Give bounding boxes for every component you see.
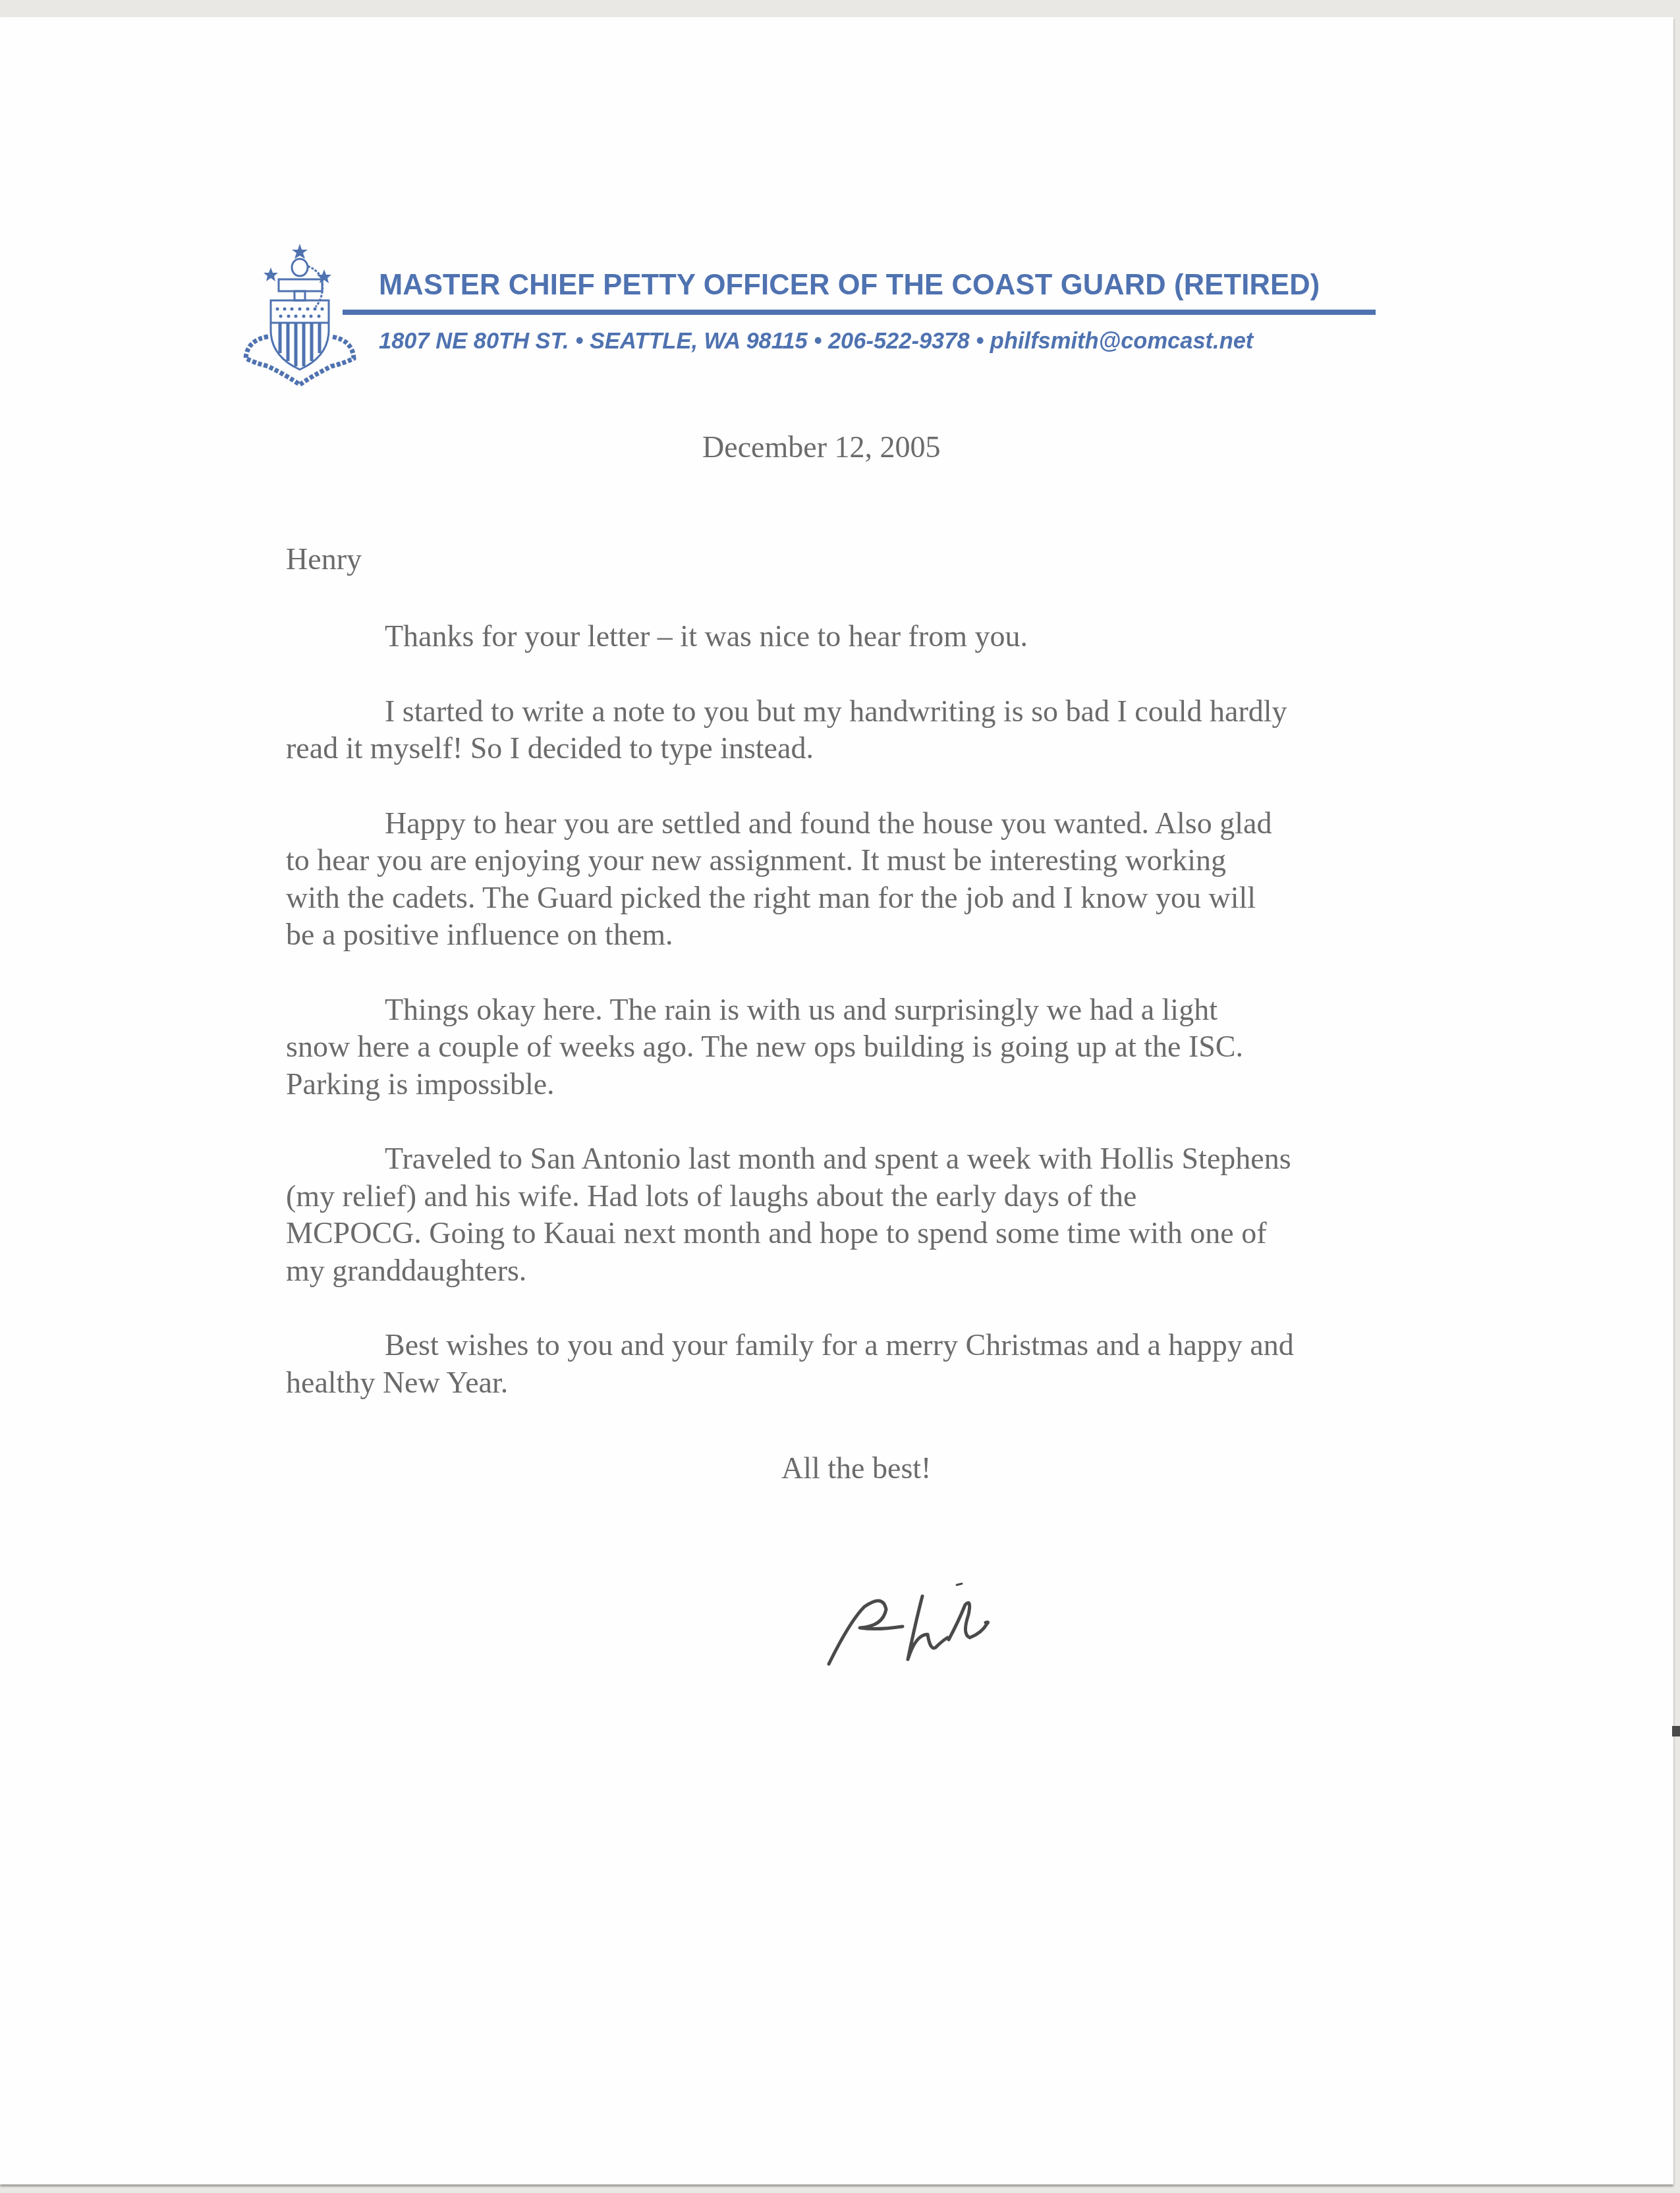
scan-edge-mark — [1672, 1726, 1680, 1736]
letter-paragraph: Traveled to San Antonio last month and s… — [286, 1140, 1399, 1289]
closing: All the best! — [781, 1450, 931, 1487]
paragraph-line: read it myself! So I decided to type ins… — [286, 730, 1399, 767]
signature: Phil — [824, 1582, 1001, 1667]
paragraph-line: with the cadets. The Guard picked the ri… — [286, 879, 1399, 917]
paragraph-line: MCPOCG. Going to Kauai next month and ho… — [286, 1215, 1399, 1252]
letter-paragraph: Thanks for your letter – it was nice to … — [286, 618, 1399, 655]
paragraph-line: snow here a couple of weeks ago. The new… — [286, 1028, 1399, 1066]
paragraph-line: (my relief) and his wife. Had lots of la… — [286, 1178, 1399, 1215]
letterhead-address: 1807 NE 80TH ST. • SEATTLE, WA 98115 • 2… — [379, 328, 1253, 354]
paragraph-line: healthy New Year. — [286, 1364, 1399, 1402]
paragraph-line: Happy to hear you are settled and found … — [286, 805, 1399, 843]
letter-body: Thanks for your letter – it was nice to … — [286, 618, 1399, 1439]
paragraph-line: Traveled to San Antonio last month and s… — [286, 1140, 1399, 1178]
letter-paragraph: I started to write a note to you but my … — [286, 693, 1399, 767]
paragraph-line: Things okay here. The rain is with us an… — [286, 991, 1399, 1029]
paragraph-line: Best wishes to you and your family for a… — [286, 1327, 1399, 1364]
salutation: Henry — [286, 541, 362, 578]
letter-page: MASTER CHIEF PETTY OFFICER OF THE COAST … — [0, 17, 1673, 2184]
paragraph-line: to hear you are enjoying your new assign… — [286, 842, 1399, 879]
letterhead-divider — [343, 310, 1376, 315]
letter-paragraph: Best wishes to you and your family for a… — [286, 1327, 1399, 1401]
letterhead-title: MASTER CHIEF PETTY OFFICER OF THE COAST … — [379, 267, 1320, 302]
paragraph-line: Thanks for your letter – it was nice to … — [286, 618, 1399, 655]
letter-paragraph: Happy to hear you are settled and found … — [286, 805, 1399, 954]
letter-date: December 12, 2005 — [702, 429, 941, 466]
paragraph-line: Parking is impossible. — [286, 1066, 1399, 1103]
paragraph-line: my granddaughters. — [286, 1252, 1399, 1290]
paragraph-line: I started to write a note to you but my … — [286, 693, 1399, 731]
letter-paragraph: Things okay here. The rain is with us an… — [286, 991, 1399, 1103]
paragraph-line: be a positive influence on them. — [286, 916, 1399, 954]
